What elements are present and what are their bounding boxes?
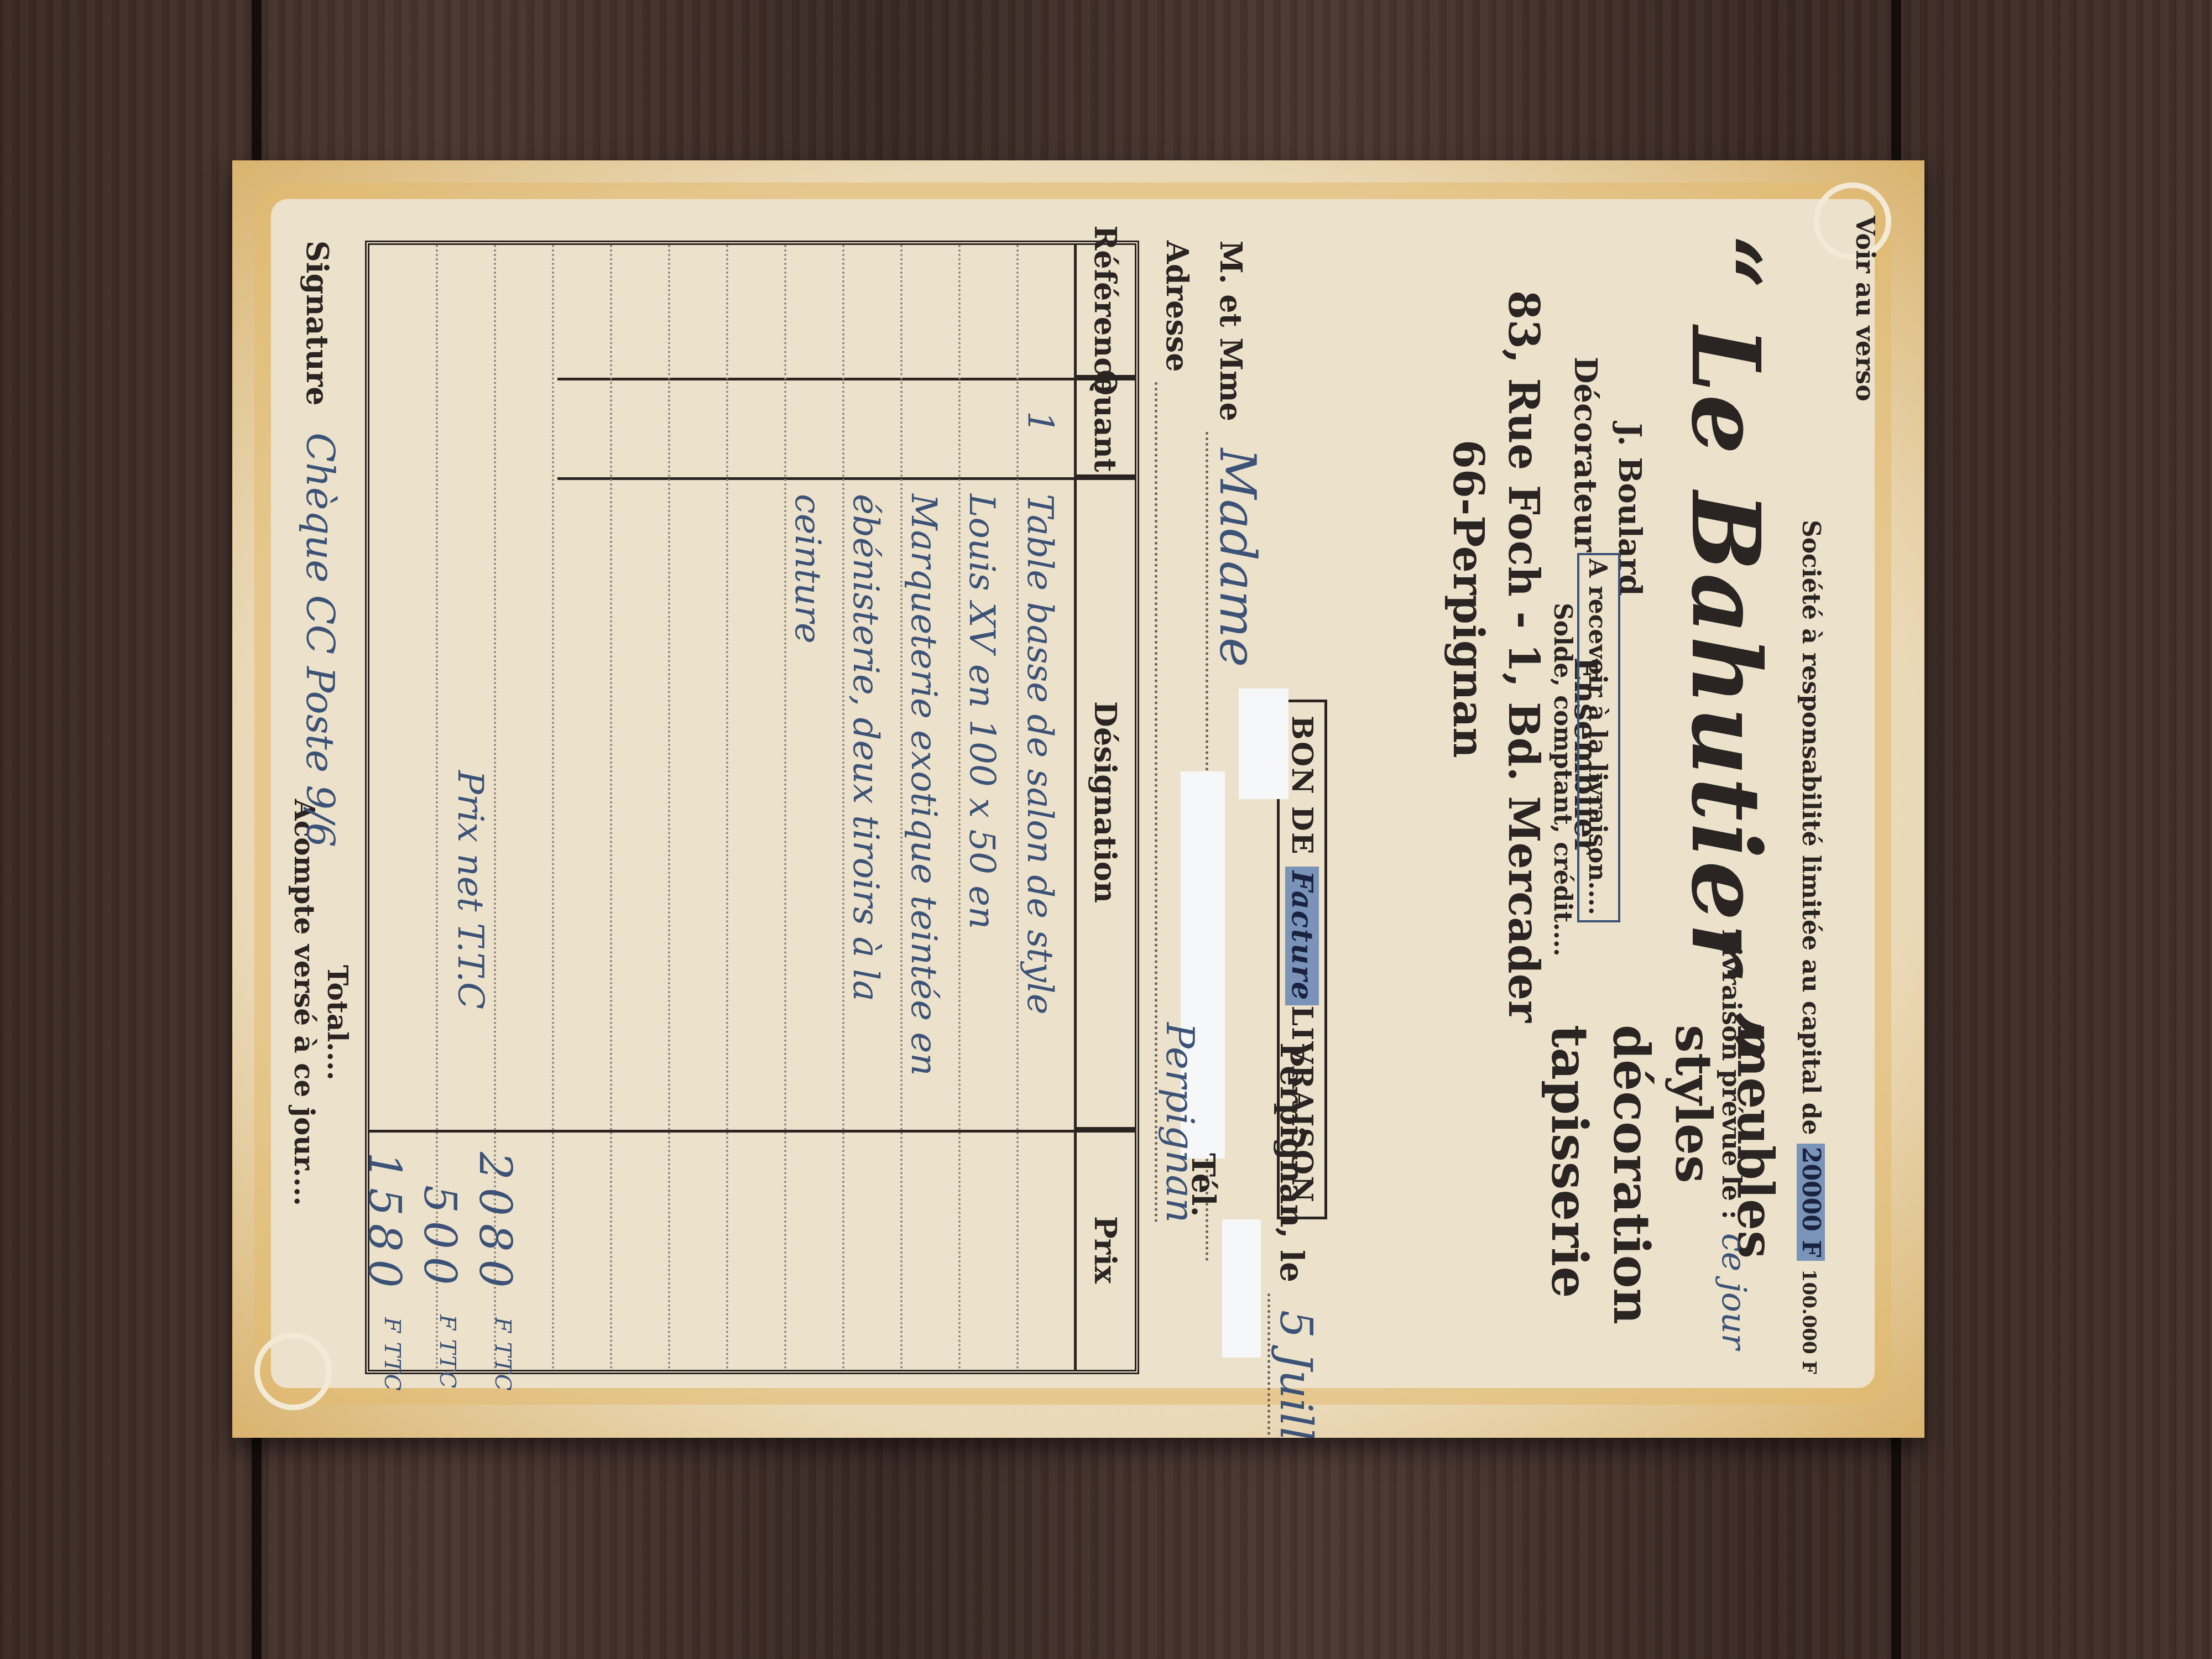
summary-total-label: Total.... — [321, 965, 354, 1081]
col-divider — [557, 378, 1135, 380]
role-decorateur: Décorateur — [1567, 357, 1604, 552]
row-rule — [726, 245, 728, 1370]
price-solde: 1580 F TTC — [359, 1152, 410, 1392]
delivery-value: ce jour — [1714, 1222, 1753, 1349]
customer-name-value: Madame — [1208, 432, 1266, 667]
row-rule — [784, 245, 786, 1370]
capital-printed: 100.000 F — [1798, 1269, 1820, 1374]
place-date: Perpignan, le 5 Juillet 1979 — [1267, 1042, 1322, 1438]
date-value: 5 Juillet — [1267, 1293, 1322, 1438]
summary-acompte-label: Acompte versé à ce jour.... — [288, 799, 321, 1206]
price-acompte: 500 F TTC — [414, 1185, 466, 1389]
delivery-label: Livraison prévue le : — [1717, 929, 1746, 1219]
summary-block — [1161, 813, 1493, 1034]
col-divider — [557, 477, 1135, 480]
col-header-designation: Désignation — [1074, 477, 1135, 1130]
delivery-row: Livraison prévue le : ce jour — [1714, 929, 1753, 1349]
shop-city: 66-Perpignan — [1444, 440, 1493, 758]
redaction-tape — [1222, 1219, 1261, 1358]
item-designation-line: ébénisterie, deux tiroirs à la — [836, 494, 894, 1001]
signature-row: Signature Chèque CC Poste 9/6 — [298, 241, 343, 847]
company-footer: Société à responsabilité limitée au capi… — [1797, 520, 1825, 1374]
price-note: Prix net T.T.C — [441, 770, 499, 1009]
item-quantity: 1 — [1010, 411, 1068, 434]
customer-name-label: M. et Mme — [1213, 241, 1249, 421]
customer-address-row: Adresse Perpignan — [1155, 241, 1203, 1223]
item-designation-line: ceinture — [778, 494, 836, 644]
item-designation-line: Louis XV en 100 x 50 en — [952, 494, 1010, 929]
col-divider — [369, 1130, 1135, 1133]
col-header-reference: Référence — [1074, 245, 1135, 378]
row-rule — [610, 245, 612, 1370]
company-legal-text: Société à responsabilité limitée au capi… — [1797, 520, 1825, 1135]
redaction-tape — [1239, 688, 1288, 799]
customer-address-field: Perpignan — [1155, 382, 1203, 1223]
invoice-paper: “ Le Bahutier ” J. Boulard Décorateur En… — [232, 160, 1924, 1438]
capital-highlighted: 20000 F — [1797, 1144, 1825, 1261]
col-header-quantity: Quant. — [1074, 378, 1135, 477]
item-designation-line: Marqueterie exotique teintée en — [894, 494, 952, 1076]
receivable-section: A recevoir à la livraison.... Solde, com… — [1548, 553, 1615, 962]
shop-address: 83, Rue Foch - 1, Bd. Mercader — [1499, 290, 1548, 1022]
see-verso: Voir au verso — [1850, 216, 1880, 401]
signature-value: Chèque CC Poste 9/6 — [298, 416, 343, 847]
row-rule — [668, 245, 670, 1370]
summary-a-recevoir-label: A recevoir à la livraison.... — [1580, 553, 1615, 962]
price-total: 2080 F TTC — [469, 1152, 521, 1392]
col-header-prix: Prix — [1074, 1130, 1135, 1370]
row-rule — [552, 245, 554, 1370]
tel-label: Tél. — [1185, 1153, 1222, 1217]
item-designation-line: Table basse de salon de style — [1010, 494, 1068, 1015]
summary-solde-label: Solde, comptant, crédit.... — [1548, 553, 1580, 962]
tag-tapisserie: tapisserie — [1538, 1025, 1600, 1324]
tag-decoration: décoration — [1600, 1025, 1662, 1324]
signature-label: Signature — [300, 241, 335, 406]
items-table: Référence Quant. Désignation Prix 1 Tabl… — [365, 241, 1139, 1374]
invoice-sheet: “ Le Bahutier ” J. Boulard Décorateur En… — [276, 191, 1880, 1407]
customer-address-label: Adresse — [1160, 241, 1195, 372]
place-date-label: Perpignan, le — [1273, 1042, 1311, 1282]
